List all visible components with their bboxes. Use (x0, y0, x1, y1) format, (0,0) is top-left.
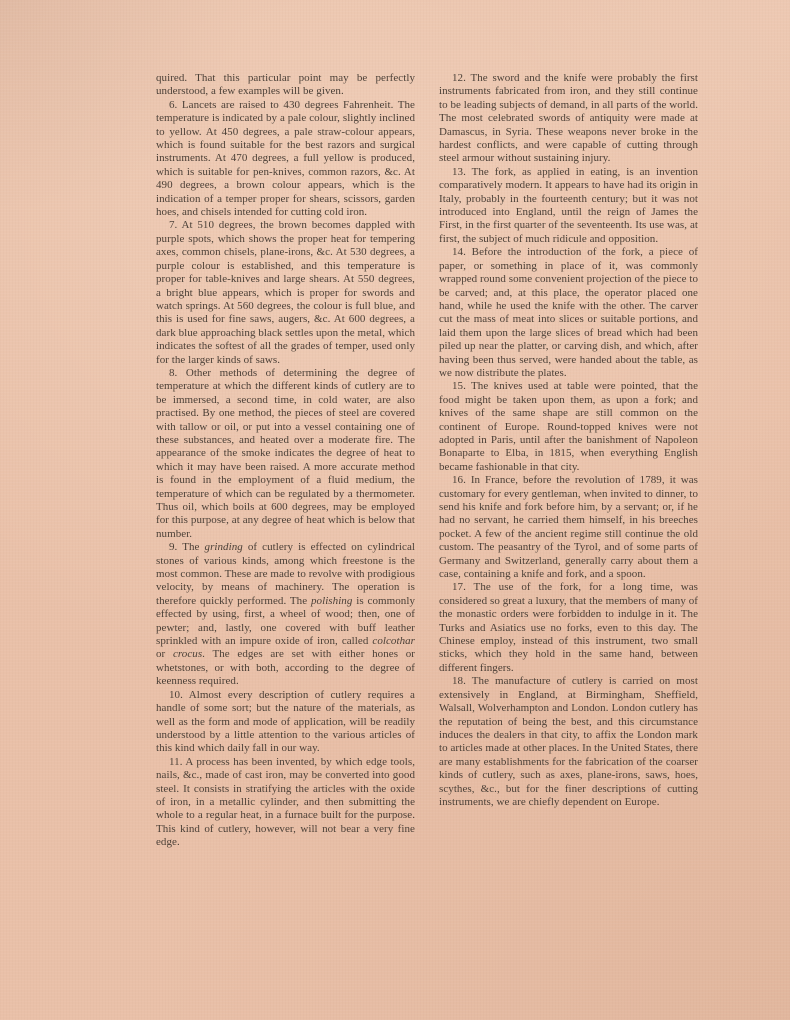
italic-term: crocus (173, 648, 202, 660)
paragraph: 8. Other methods of determining the degr… (156, 367, 415, 541)
paragraph: 9. The grinding of cutlery is effected o… (156, 541, 415, 688)
italic-term: polishing (311, 595, 352, 607)
text-columns: quired. That this particular point may b… (156, 72, 698, 850)
paragraph: 7. At 510 degrees, the brown becomes dap… (156, 219, 415, 366)
column-right: 12. The sword and the knife were probabl… (439, 72, 698, 850)
italic-term: grinding (205, 541, 243, 553)
column-left: quired. That this particular point may b… (156, 72, 415, 850)
paragraph: 11. A process has been invented, by whic… (156, 756, 415, 850)
paragraph: 18. The manufacture of cutlery is carrie… (439, 675, 698, 809)
italic-term: colcothar (372, 635, 415, 647)
paragraph: quired. That this particular point may b… (156, 72, 415, 99)
paragraph: 17. The use of the fork, for a long time… (439, 581, 698, 675)
paragraph: 12. The sword and the knife were probabl… (439, 72, 698, 166)
paragraph: 16. In France, before the revolution of … (439, 474, 698, 581)
paragraph: 15. The knives used at table were pointe… (439, 380, 698, 474)
paragraph: 14. Before the introduction of the fork,… (439, 246, 698, 380)
paragraph: 13. The fork, as applied in eating, is a… (439, 166, 698, 246)
paragraph: 10. Almost every description of cutlery … (156, 689, 415, 756)
paragraph: 6. Lancets are raised to 430 degrees Fah… (156, 99, 415, 220)
book-page: quired. That this particular point may b… (0, 0, 790, 1020)
